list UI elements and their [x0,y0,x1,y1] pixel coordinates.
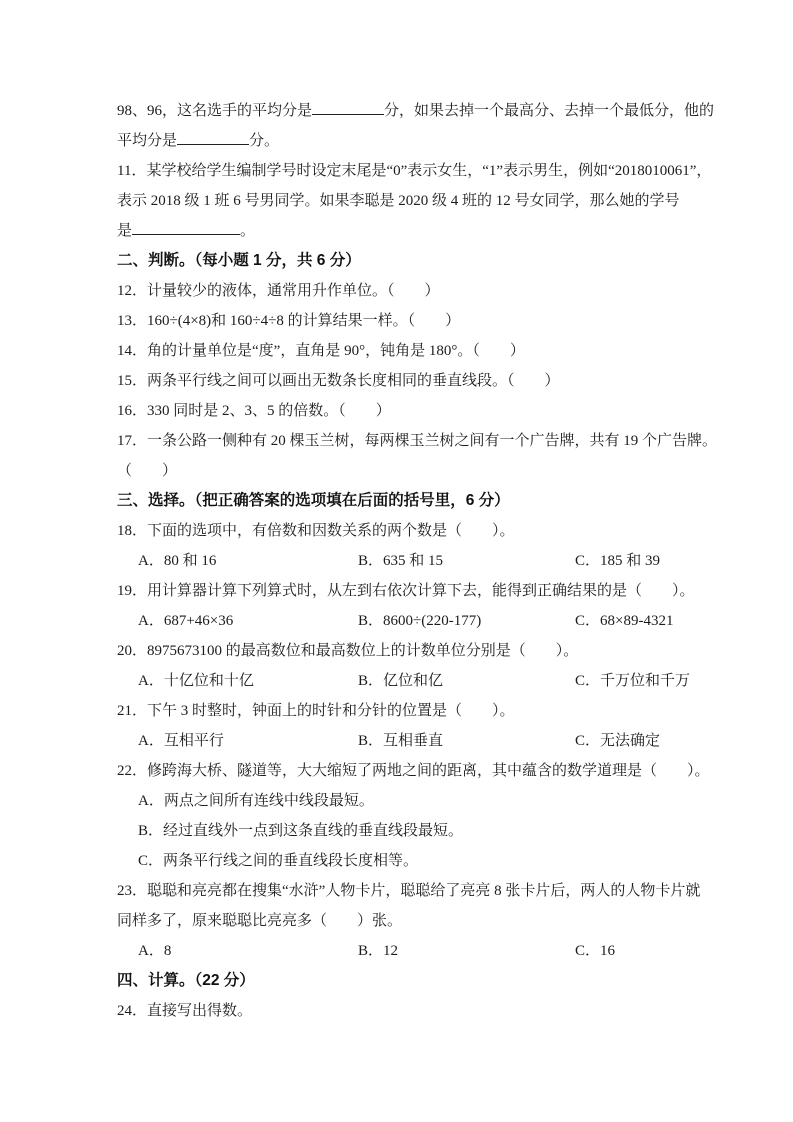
question-11-text-pre: 是 [117,223,132,239]
option-a: A．8 [138,936,358,966]
question-22-stem: 22．修跨海大桥、隧道等，大大缩短了两地之间的距离，其中蕴含的数学道理是（ ）。 [117,756,723,786]
question-21-stem: 21．下午 3 时整时，钟面上的时针和分针的位置是（ ）。 [117,696,723,726]
option-b: B．635 和 15 [358,546,575,576]
option-c: C．16 [575,936,723,966]
question-17-answer-parens: （ ） [117,463,177,479]
answer-blank [177,130,249,145]
section-2-title: 二、判断。（每小题 1 分，共 6 分） [117,252,361,269]
exam-page: 98、96，这名选手的平均分是分，如果去掉一个最高分、去掉一个最低分，他的 平均… [117,96,723,1026]
question-14-text: 14．角的计量单位是“度”，直角是 90°，钝角是 180°。（ ） [117,343,525,359]
section-3-heading: 三、选择。（把正确答案的选项填在后面的括号里，6 分） [117,486,723,516]
question-13: 13．160÷(4×8)和 160÷4÷8 的计算结果一样。（ ） [117,306,723,336]
section-3-title: 三、选择。（把正确答案的选项填在后面的括号里，6 分） [117,492,510,509]
question-20-text: 20．8975673100 的最高数位和最高数位上的计数单位分别是（ ）。 [117,643,578,659]
question-12-text: 12．计量较少的液体，通常用升作单位。（ ） [117,283,440,299]
option-b: B．12 [358,936,575,966]
question-13-text: 13．160÷(4×8)和 160÷4÷8 的计算结果一样。（ ） [117,313,460,329]
option-c: C．千万位和千万 [575,666,723,696]
question-11-text: 表示 2018 级 1 班 6 号男同学。如果李聪是 2020 级 4 班的 1… [117,193,680,209]
option-b: B．经过直线外一点到这条直线的垂直线段最短。 [138,823,463,839]
question-21-text: 21．下午 3 时整时，钟面上的时针和分针的位置是（ ）。 [117,703,515,719]
question-12: 12．计量较少的液体，通常用升作单位。（ ） [117,276,723,306]
question-22-text: 22．修跨海大桥、隧道等，大大缩短了两地之间的距离，其中蕴含的数学道理是（ ）。 [117,763,710,779]
answer-blank [312,100,384,115]
question-14: 14．角的计量单位是“度”，直角是 90°，钝角是 180°。（ ） [117,336,723,366]
section-4-heading: 四、计算。（22 分） [117,966,723,996]
question-15: 15．两条平行线之间可以画出无数条长度相同的垂直线段。（ ） [117,366,723,396]
option-a: A．互相平行 [138,726,358,756]
question-19-options: A．687+46×36 B．8600÷(220-177) C．68×89-432… [117,606,723,636]
option-c: C．两条平行线之间的垂直线段长度相等。 [138,853,418,869]
option-a: A．两点之间所有连线中线段最短。 [138,793,374,809]
question-10-text-pre: 98、96，这名选手的平均分是 [117,103,312,119]
option-b: B．亿位和亿 [358,666,575,696]
question-17-text: 17．一条公路一侧种有 20 棵玉兰树，每两棵玉兰树之间有一个广告牌，共有 19… [117,433,717,449]
option-c: C．无法确定 [575,726,723,756]
question-22-option-b: B．经过直线外一点到这条直线的垂直线段最短。 [117,816,723,846]
question-10-line-2: 平均分是分。 [117,126,723,156]
question-11-line-1: 11．某学校给学生编制学号时设定末尾是“0”表示女生，“1”表示男生，例如“20… [117,156,723,186]
question-11-line-2: 表示 2018 级 1 班 6 号男同学。如果李聪是 2020 级 4 班的 1… [117,186,723,216]
question-23-options: A．8 B．12 C．16 [117,936,723,966]
option-b: B．8600÷(220-177) [358,606,575,636]
question-11-line-3: 是。 [117,216,723,246]
question-10-line-1: 98、96，这名选手的平均分是分，如果去掉一个最高分、去掉一个最低分，他的 [117,96,723,126]
option-c: C．68×89-4321 [575,606,723,636]
question-10-text-post2: 分。 [249,133,279,149]
option-a: A．80 和 16 [138,546,358,576]
question-23-line-2: 同样多了，原来聪聪比亮亮多（ ）张。 [117,906,723,936]
question-22-option-a: A．两点之间所有连线中线段最短。 [117,786,723,816]
section-4-title: 四、计算。（22 分） [117,972,255,989]
question-10-text-pre2: 平均分是 [117,133,177,149]
question-20-stem: 20．8975673100 的最高数位和最高数位上的计数单位分别是（ ）。 [117,636,723,666]
question-15-text: 15．两条平行线之间可以画出无数条长度相同的垂直线段。（ ） [117,373,560,389]
option-a: A．十亿位和十亿 [138,666,358,696]
answer-blank [132,220,240,235]
question-11-text: 11．某学校给学生编制学号时设定末尾是“0”表示女生，“1”表示男生，例如“20… [117,163,711,179]
question-23-text: 同样多了，原来聪聪比亮亮多（ ）张。 [117,913,402,929]
question-16-text: 16．330 同时是 2、3、5 的倍数。（ ） [117,403,391,419]
question-18-options: A．80 和 16 B．635 和 15 C．185 和 39 [117,546,723,576]
question-22-option-c: C．两条平行线之间的垂直线段长度相等。 [117,846,723,876]
question-19-text: 19．用计算器计算下列算式时，从左到右依次计算下去，能得到正确结果的是（ ）。 [117,583,695,599]
question-18-text: 18．下面的选项中，有倍数和因数关系的两个数是（ ）。 [117,523,515,539]
question-11-text-post: 。 [240,223,255,239]
section-2-heading: 二、判断。（每小题 1 分，共 6 分） [117,246,723,276]
question-24-text: 24．直接写出得数。 [117,1003,252,1019]
question-23-text: 23．聪聪和亮亮都在搜集“水浒”人物卡片，聪聪给了亮亮 8 张卡片后，两人的人物… [117,883,700,899]
question-17-line-2: （ ） [117,456,723,486]
question-23-line-1: 23．聪聪和亮亮都在搜集“水浒”人物卡片，聪聪给了亮亮 8 张卡片后，两人的人物… [117,876,723,906]
question-20-options: A．十亿位和十亿 B．亿位和亿 C．千万位和千万 [117,666,723,696]
question-21-options: A．互相平行 B．互相垂直 C．无法确定 [117,726,723,756]
question-16: 16．330 同时是 2、3、5 的倍数。（ ） [117,396,723,426]
question-19-stem: 19．用计算器计算下列算式时，从左到右依次计算下去，能得到正确结果的是（ ）。 [117,576,723,606]
option-c: C．185 和 39 [575,546,723,576]
option-a: A．687+46×36 [138,606,358,636]
question-10-text-post: 分，如果去掉一个最高分、去掉一个最低分，他的 [384,103,714,119]
question-24: 24．直接写出得数。 [117,996,723,1026]
option-b: B．互相垂直 [358,726,575,756]
question-17-line-1: 17．一条公路一侧种有 20 棵玉兰树，每两棵玉兰树之间有一个广告牌，共有 19… [117,426,723,456]
question-18-stem: 18．下面的选项中，有倍数和因数关系的两个数是（ ）。 [117,516,723,546]
